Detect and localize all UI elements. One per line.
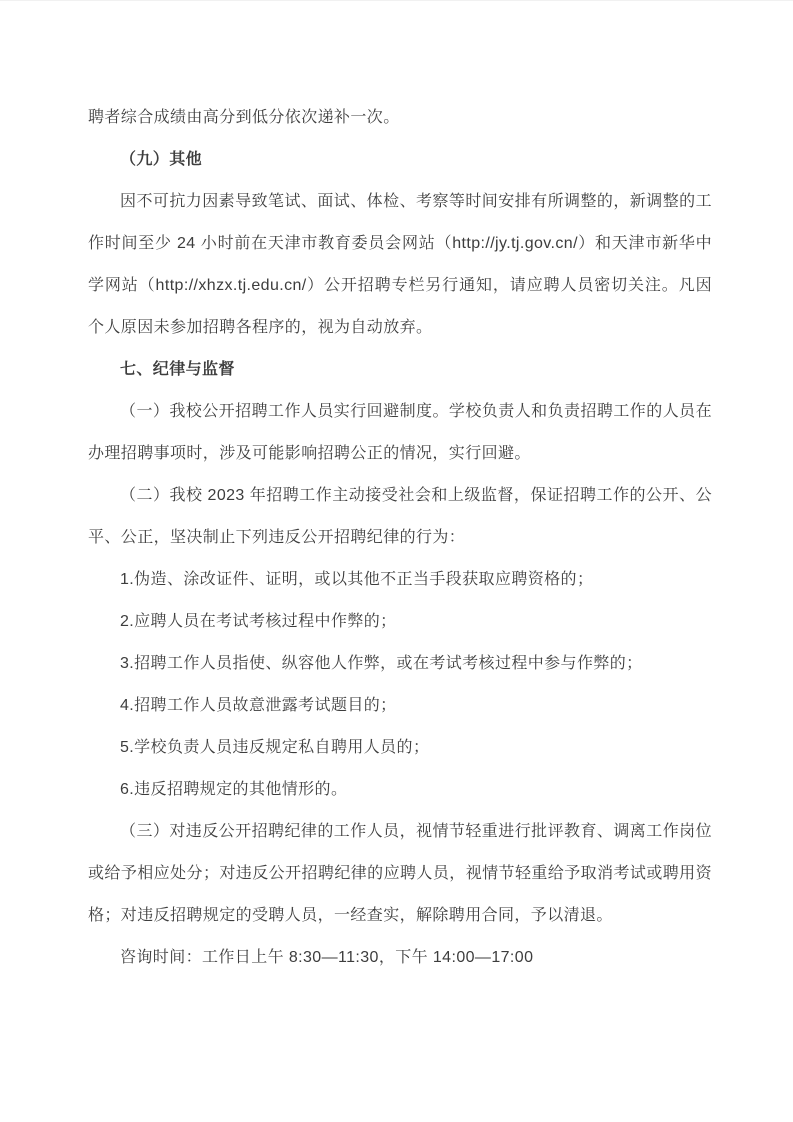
section-heading-nine: （九）其他: [88, 139, 712, 181]
paragraph-continued: 聘者综合成绩由高分到低分依次递补一次。: [88, 97, 712, 139]
consultation-hours: 咨询时间：工作日上午 8:30—11:30，下午 14:00—17:00: [88, 937, 712, 979]
paragraph: （二）我校 2023 年招聘工作主动接受社会和上级监督，保证招聘工作的公开、公平…: [88, 475, 712, 559]
list-item: 5.学校负责人员违反规定私自聘用人员的；: [88, 727, 712, 769]
section-heading-seven: 七、纪律与监督: [88, 349, 712, 391]
list-item: 6.违反招聘规定的其他情形的。: [88, 769, 712, 811]
paragraph: （三）对违反公开招聘纪律的工作人员，视情节轻重进行批评教育、调离工作岗位或给予相…: [88, 811, 712, 937]
list-item: 4.招聘工作人员故意泄露考试题目的；: [88, 685, 712, 727]
list-item: 2.应聘人员在考试考核过程中作弊的；: [88, 601, 712, 643]
paragraph: 因不可抗力因素导致笔试、面试、体检、考察等时间安排有所调整的，新调整的工作时间至…: [88, 181, 712, 349]
paragraph: （一）我校公开招聘工作人员实行回避制度。学校负责人和负责招聘工作的人员在办理招聘…: [88, 391, 712, 475]
document-page: 聘者综合成绩由高分到低分依次递补一次。 （九）其他 因不可抗力因素导致笔试、面试…: [0, 0, 793, 1122]
list-item: 3.招聘工作人员指使、纵容他人作弊，或在考试考核过程中参与作弊的；: [88, 643, 712, 685]
list-item: 1.伪造、涂改证件、证明，或以其他不正当手段获取应聘资格的；: [88, 559, 712, 601]
